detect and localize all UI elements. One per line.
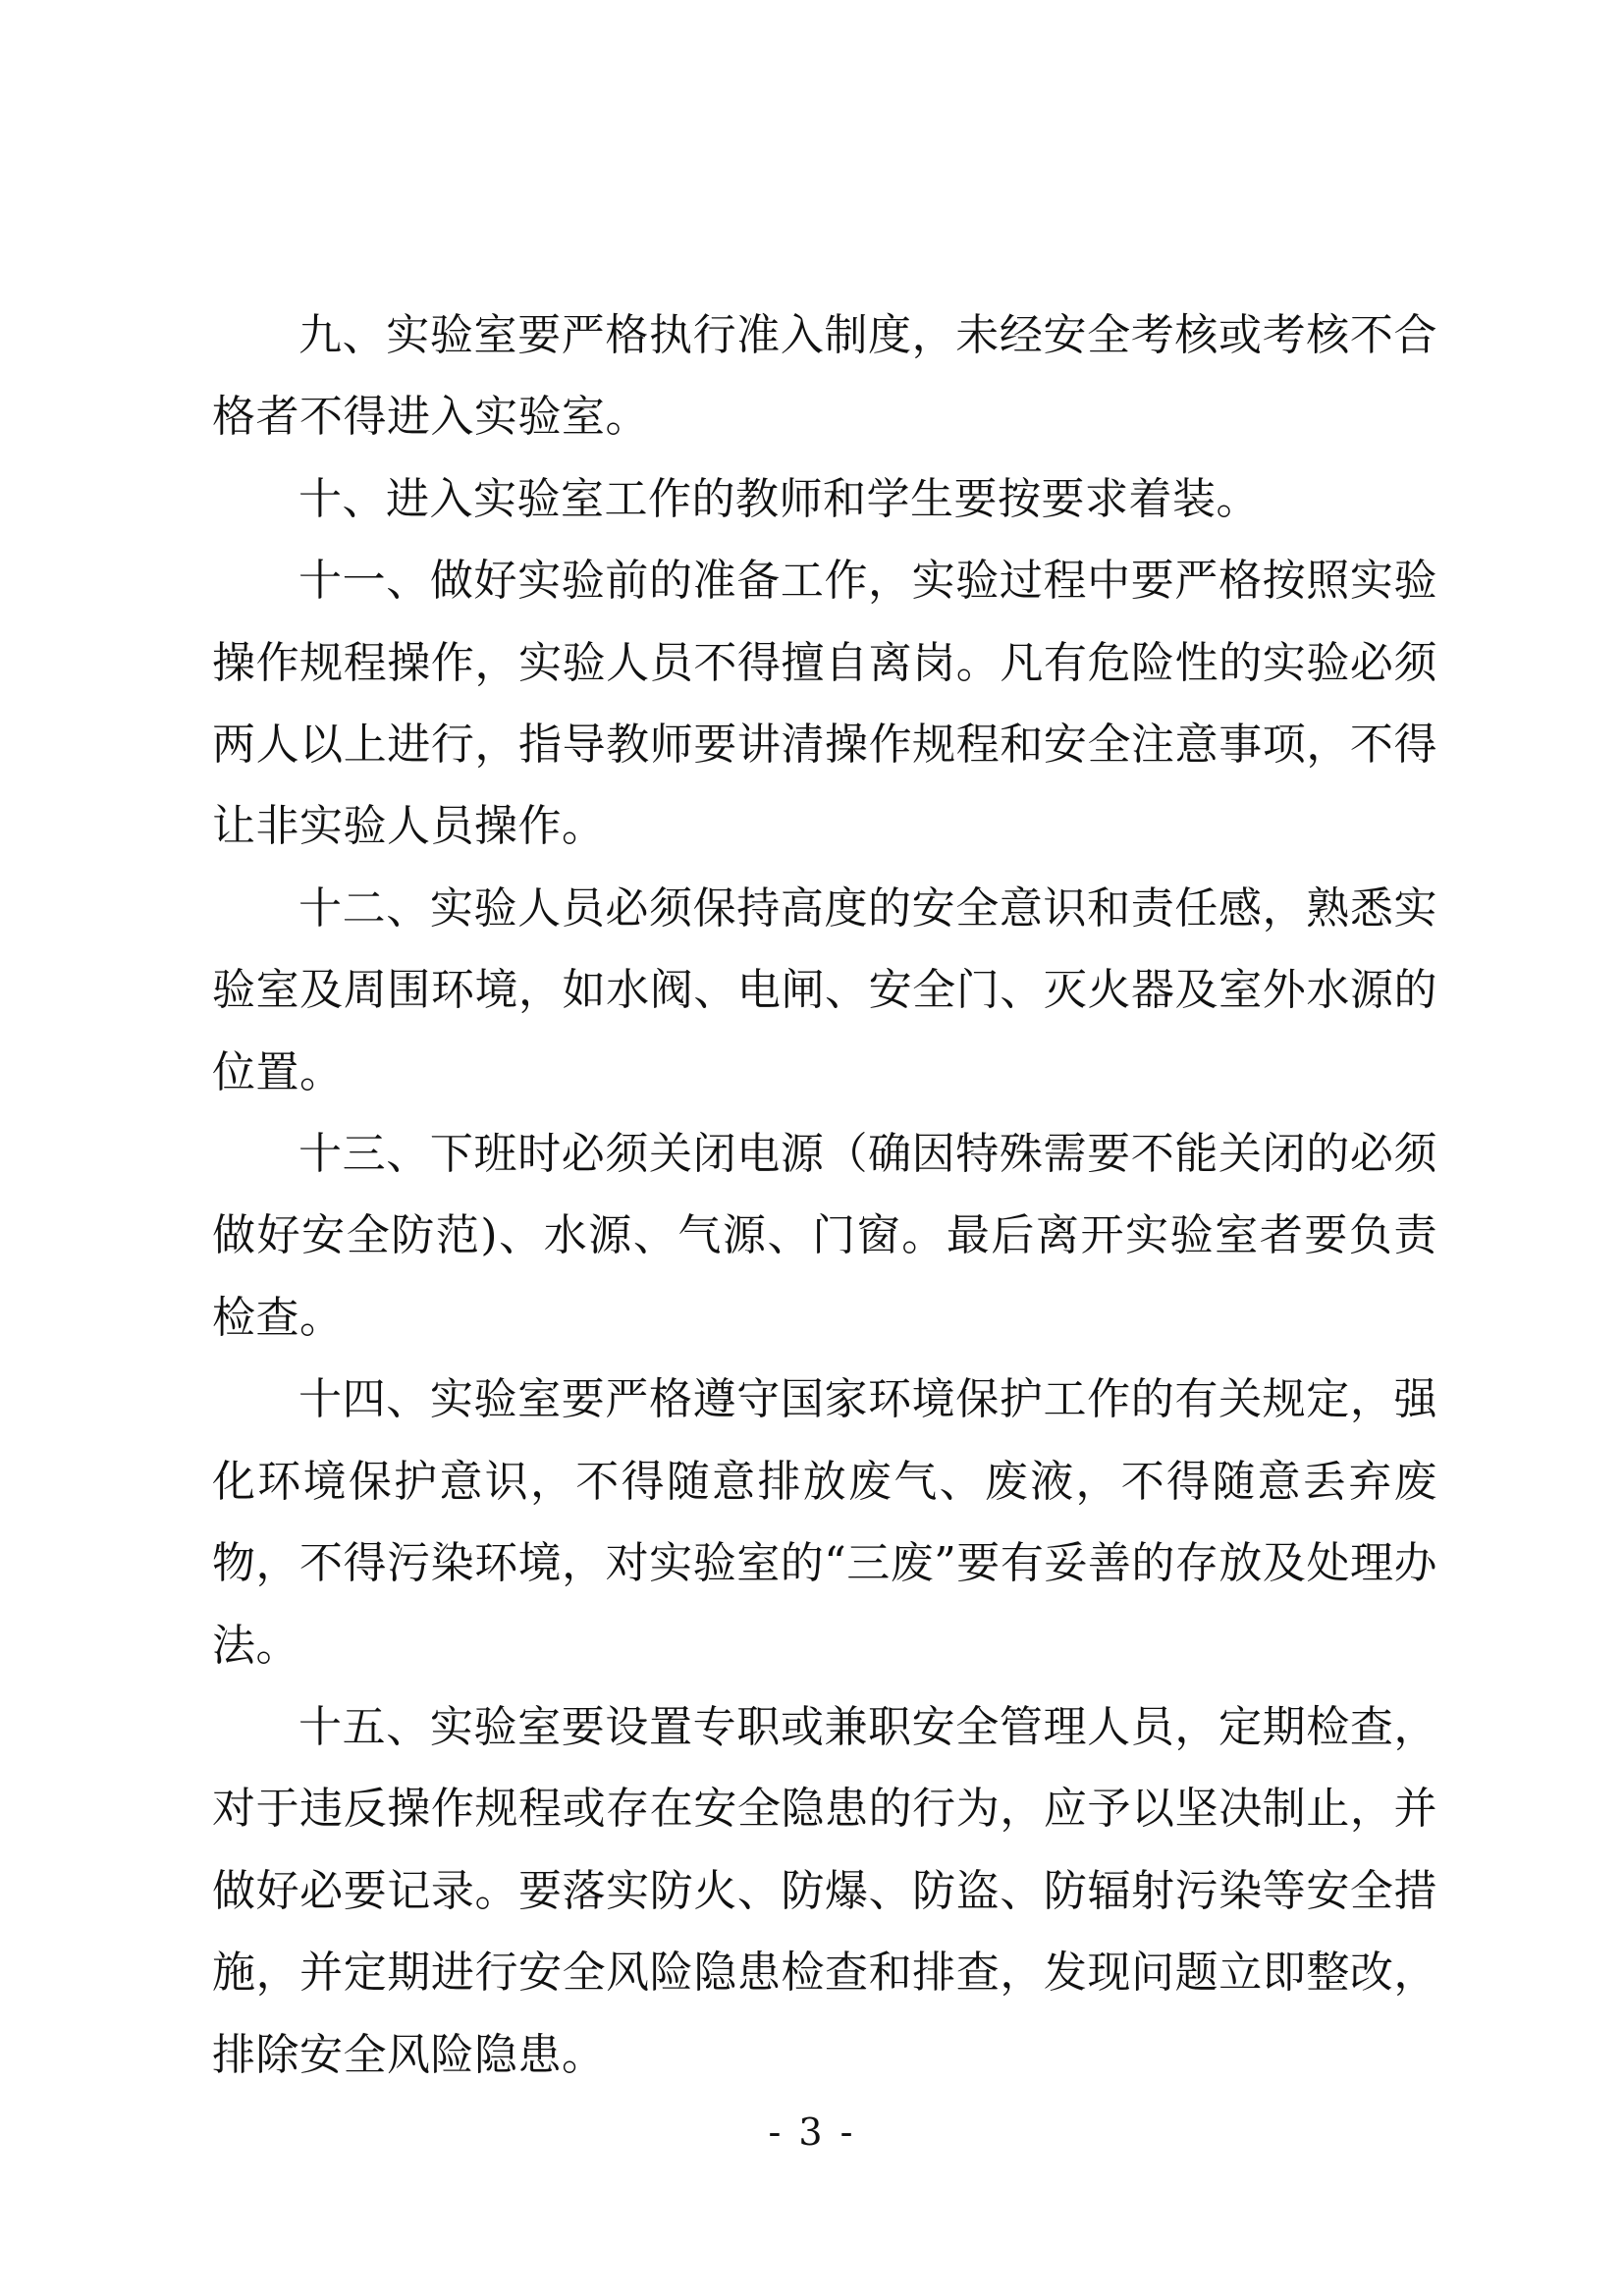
- paragraph-rule-11: 十一、做好实验前的准备工作，实验过程中要严格按照实验操作规程操作，实验人员不得擅…: [212, 540, 1437, 868]
- paragraph-rule-12: 十二、实验人员必须保持高度的安全意识和责任感，熟悉实验室及周围环境，如水阀、电闸…: [212, 868, 1437, 1113]
- page-number: - 3 -: [0, 2110, 1624, 2154]
- paragraph-rule-9: 九、实验室要严格执行准入制度，未经安全考核或考核不合格者不得进入实验室。: [212, 294, 1437, 458]
- paragraph-rule-14: 十四、实验室要严格遵守国家环境保护工作的有关规定，强化环境保护意识，不得随意排放…: [212, 1359, 1437, 1686]
- paragraph-rule-13: 十三、下班时必须关闭电源（确因特殊需要不能关闭的必须做好安全防范)、水源、气源、…: [212, 1113, 1437, 1359]
- paragraph-rule-10: 十、进入实验室工作的教师和学生要按要求着装。: [212, 458, 1437, 540]
- document-body: 九、实验室要严格执行准入制度，未经安全考核或考核不合格者不得进入实验室。 十、进…: [212, 294, 1437, 2096]
- paragraph-rule-15: 十五、实验室要设置专职或兼职安全管理人员，定期检查，对于违反操作规程或存在安全隐…: [212, 1686, 1437, 2096]
- document-page: 九、实验室要严格执行准入制度，未经安全考核或考核不合格者不得进入实验室。 十、进…: [0, 0, 1624, 2296]
